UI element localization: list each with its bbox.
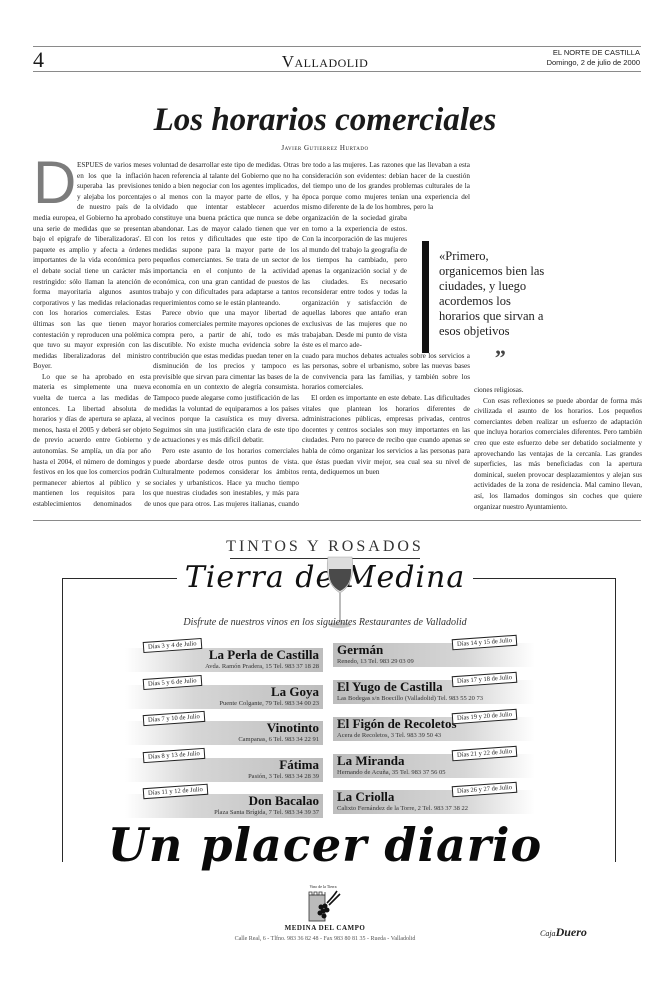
paragraph: voluntad de desarrollar este tipo de med… bbox=[153, 160, 299, 308]
restaurant-address: Calixto Fernández de la Torre, 2 Tel. 98… bbox=[337, 804, 535, 813]
ad-tagline: Disfrute de nuestros vinos en los siguie… bbox=[0, 617, 650, 628]
drop-cap: D bbox=[33, 160, 73, 204]
restaurant-address: Renedo, 13 Tel. 983 29 03 09 bbox=[337, 657, 535, 666]
paragraph: cuado para muchos debates actuales sobre… bbox=[302, 351, 470, 393]
publication-date: Domingo, 2 de julio de 2000 bbox=[547, 58, 640, 68]
caja-duero-logo: CajaDuero bbox=[540, 925, 587, 940]
restaurant-address: Campanas, 6 Tel. 983 34 22 91 bbox=[125, 735, 319, 744]
restaurant-address: Pasión, 3 Tel. 983 34 28 39 bbox=[125, 772, 319, 781]
sponsor-name: Duero bbox=[556, 925, 587, 939]
paragraph: El orden es importante en este debate. L… bbox=[302, 393, 470, 478]
restaurant-address: Acera de Recoletos, 3 Tel. 983 39 50 43 bbox=[337, 731, 535, 740]
masthead: EL NORTE DE CASTILLA Domingo, 2 de julio… bbox=[547, 48, 640, 68]
header-top-rule bbox=[33, 46, 641, 47]
ad-brand-subtitle: TINTOS Y ROSADOS bbox=[0, 538, 650, 556]
sponsor-prefix: Caja bbox=[540, 929, 556, 938]
article-bottom-rule bbox=[33, 520, 641, 521]
closing-quote-mark: „ bbox=[495, 334, 504, 360]
paragraph: Con esas reflexiones se puede abordar de… bbox=[474, 396, 642, 512]
restaurant-address: Las Bodegas s/n Boecillo (Valladolid) Te… bbox=[337, 694, 535, 703]
paragraph: Lo que se ha aprobado en esta materia es… bbox=[33, 372, 151, 512]
publication-name: EL NORTE DE CASTILLA bbox=[547, 48, 640, 58]
header-bottom-rule bbox=[33, 71, 641, 72]
paragraph-narrow: organización de la sociedad giraba en to… bbox=[302, 213, 407, 351]
paragraph: Parece obvio que una mayor libertad de h… bbox=[153, 308, 299, 446]
castle-grapes-icon bbox=[303, 889, 343, 925]
logo-name: MEDINA DEL CAMPO bbox=[275, 924, 375, 932]
restaurant-address: Puente Colgante, 79 Tel. 983 34 00 23 bbox=[125, 699, 319, 708]
article-column-1: D ESPUES de varios meses en los que la i… bbox=[33, 160, 151, 512]
restaurant-address: Plaza Santa Brígida, 7 Tel. 983 34 39 37 bbox=[125, 808, 319, 817]
restaurant-address: Hernando de Acuña, 35 Tel. 983 37 56 05 bbox=[337, 768, 535, 777]
article-byline: Javier Gutierrez Hurtado bbox=[0, 144, 650, 152]
article-column-2: voluntad de desarrollar este tipo de med… bbox=[153, 160, 299, 512]
restaurant-address: Avda. Ramón Pradera, 15 Tel. 983 37 18 2… bbox=[125, 662, 319, 671]
ad-slogan: Un placer diario bbox=[0, 818, 650, 872]
paragraph: Pero este asunto de los horarios comerci… bbox=[153, 446, 299, 512]
article-headline: Los horarios comerciales bbox=[0, 100, 650, 140]
paragraph: bre todo a las mujeres. Las razones que … bbox=[302, 160, 470, 213]
paragraph-end: ciones religiosas. bbox=[474, 385, 642, 396]
pull-quote: «Primero, organicemos bien las ciudades,… bbox=[422, 241, 550, 353]
